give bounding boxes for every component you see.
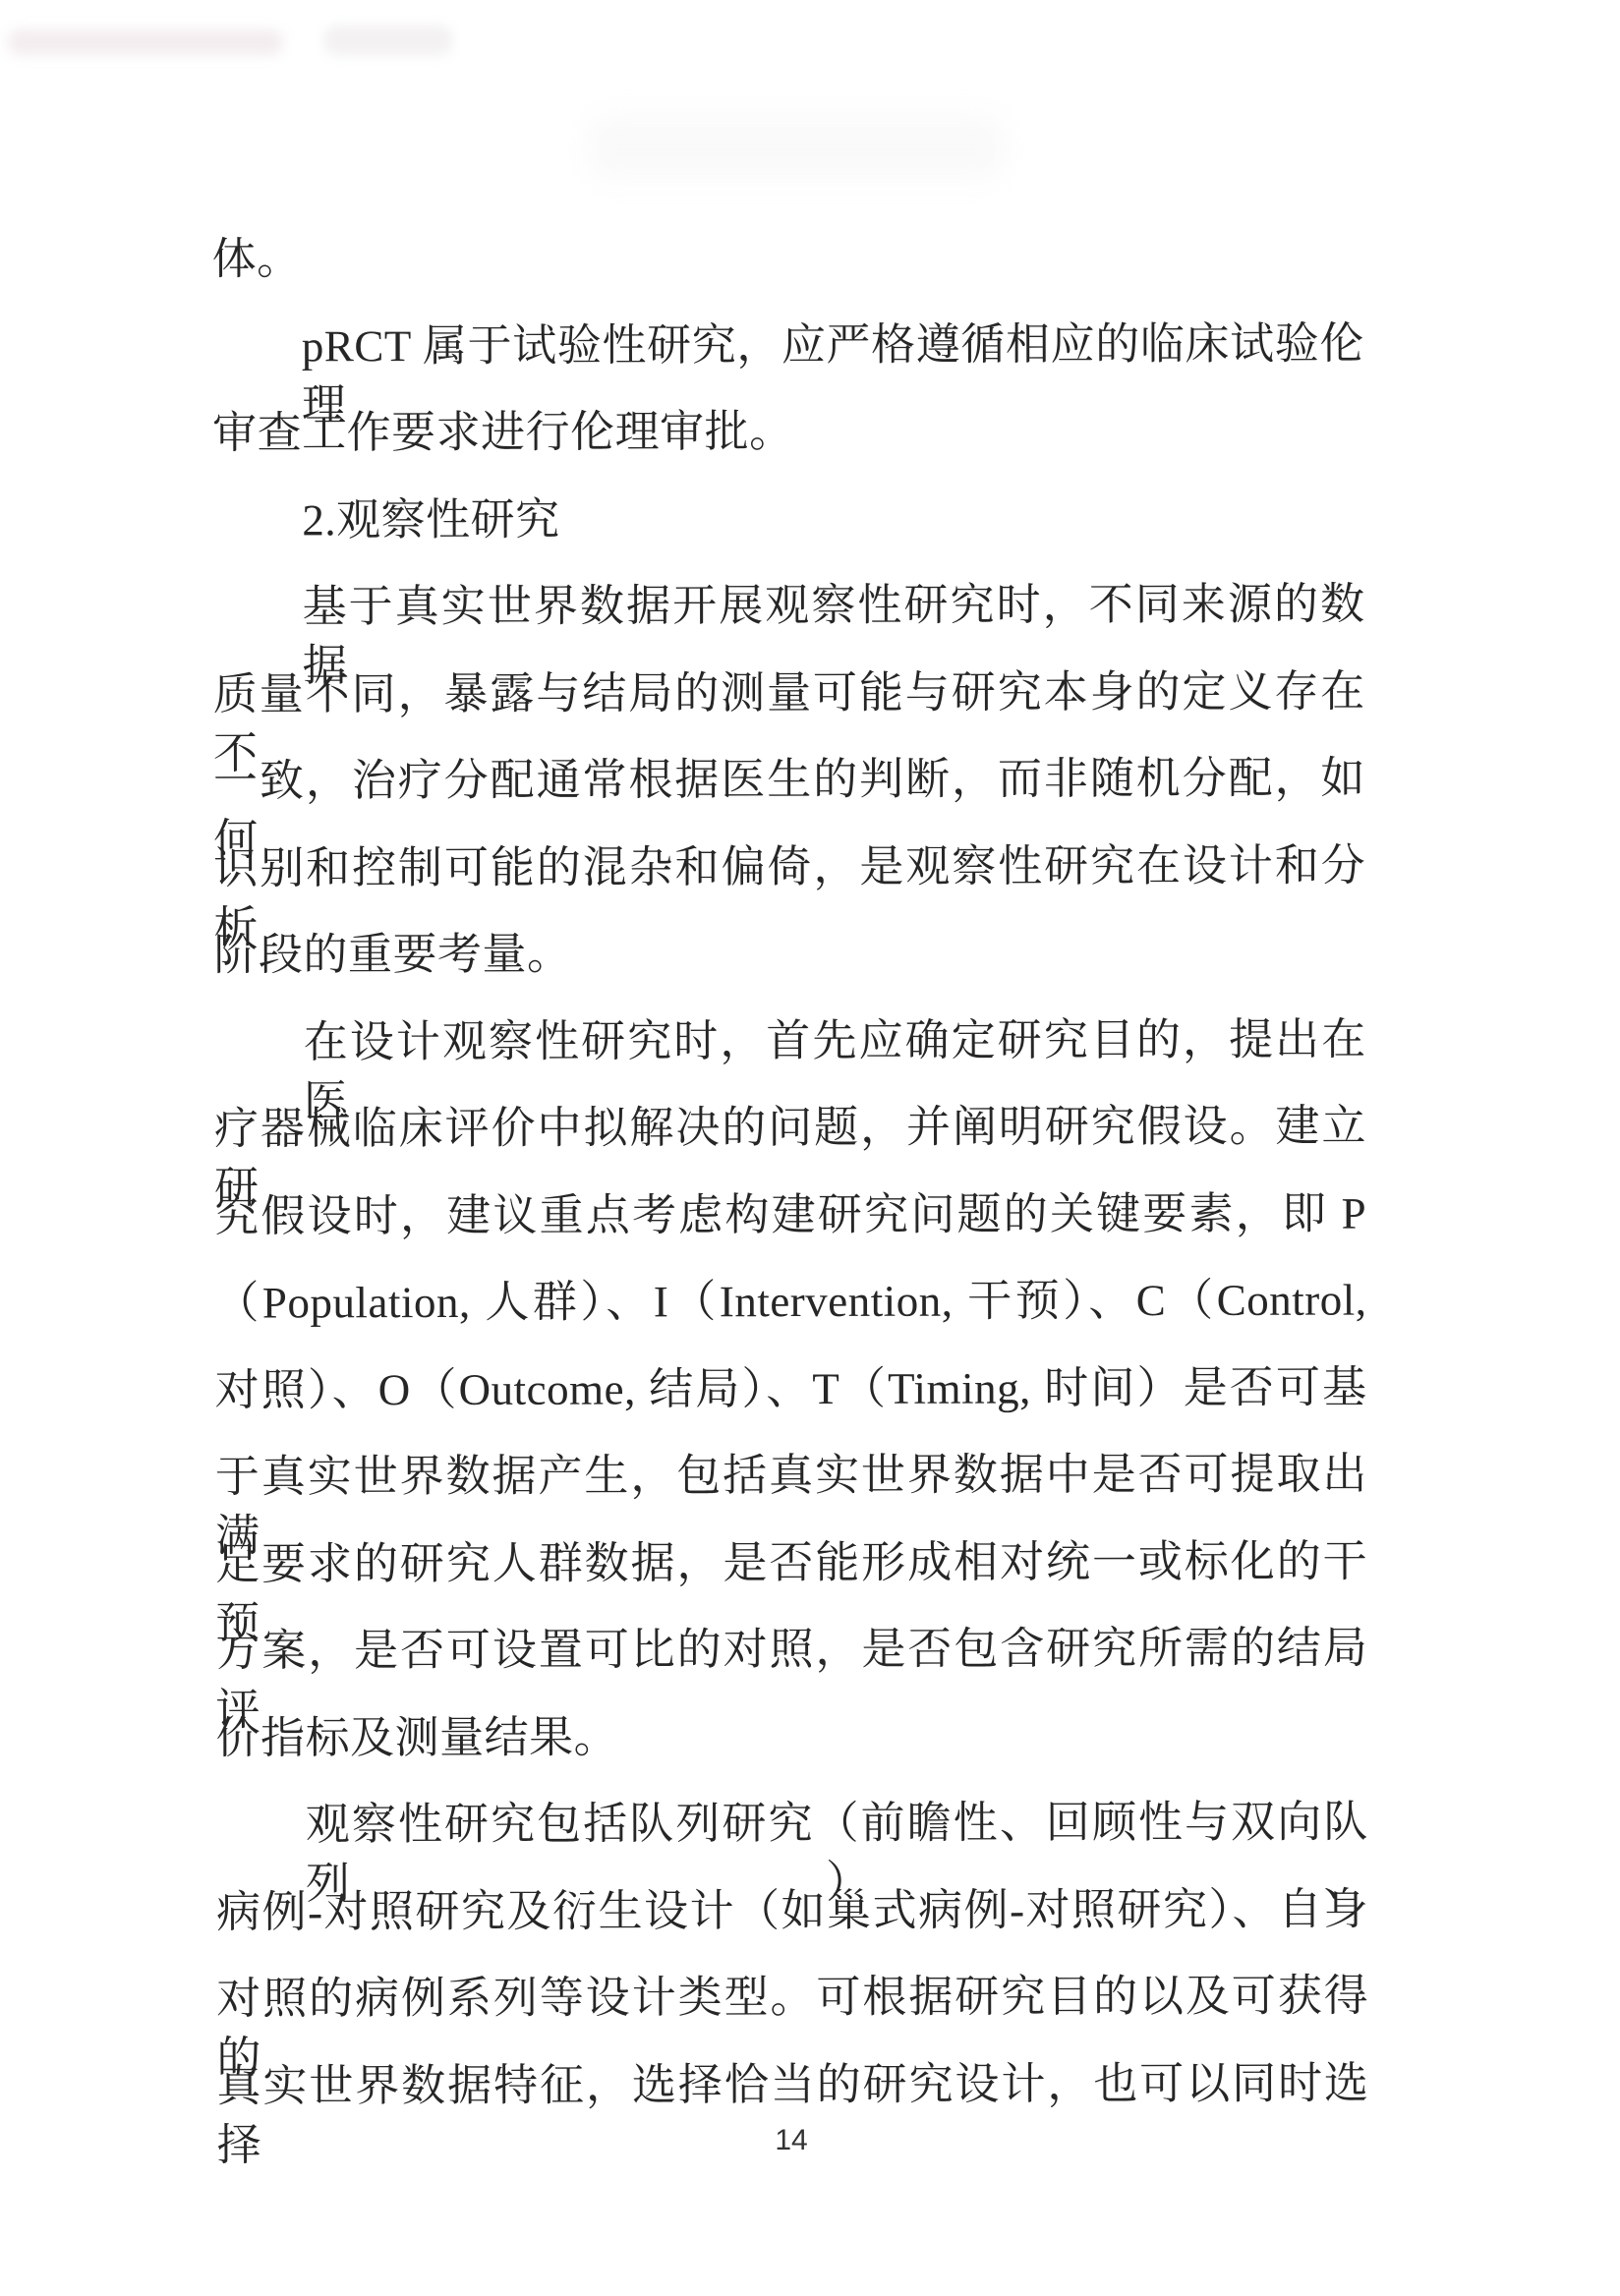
document-page: 体。 pRCT 属于试验性研究，应严格遵循相应的临床试验伦理 审查工作要求进行伦… bbox=[0, 0, 1620, 2296]
text-line: 究假设时，建议重点考虑构建研究问题的关键要素，即 P bbox=[214, 1184, 1366, 1246]
text-line: 疗器械临床评价中拟解决的问题，并阐明研究假设。建立研 bbox=[214, 1097, 1366, 1159]
text-line: 对照的病例系列等设计类型。可根据研究目的以及可获得的 bbox=[216, 1967, 1368, 2029]
text-line: 真实世界数据特征，选择恰当的研究设计，也可以同时选择 bbox=[216, 2054, 1368, 2116]
text-line: 于真实世界数据产生，包括真实世界数据中是否可提取出满 bbox=[215, 1445, 1367, 1507]
text-line: 审查工作要求进行伦理审批。 bbox=[212, 401, 1364, 463]
text-line: 在设计观察性研究时，首先应确定研究目的，提出在医 bbox=[214, 1010, 1366, 1072]
text-line-picot: （Population, 人群）、I（Intervention, 干预）、C（C… bbox=[214, 1271, 1366, 1333]
text-line: 体。 bbox=[212, 227, 1364, 289]
text-block: 体。 pRCT 属于试验性研究，应严格遵循相应的临床试验伦理 审查工作要求进行伦… bbox=[0, 0, 1620, 2296]
text-line: 阶段的重要考量。 bbox=[213, 923, 1365, 985]
text-line: 方案，是否可设置可比的对照，是否包含研究所需的结局评 bbox=[215, 1619, 1367, 1681]
text-line: 价指标及测量结果。 bbox=[215, 1706, 1367, 1768]
text-line: 基于真实世界数据开展观察性研究时，不同来源的数据 bbox=[212, 575, 1364, 637]
section-heading-2: 2.观察性研究 bbox=[212, 488, 1364, 550]
text-line: 观察性研究包括队列研究（前瞻性、回顾性与双向队列）、 bbox=[216, 1793, 1368, 1855]
text-line-picot: 对照）、O（Outcome, 结局）、T（Timing, 时间）是否可基 bbox=[215, 1358, 1367, 1420]
text-line: pRCT 属于试验性研究，应严格遵循相应的临床试验伦理 bbox=[212, 315, 1364, 376]
text-line: 病例-对照研究及衍生设计（如巢式病例-对照研究）、自身 bbox=[216, 1880, 1368, 1942]
text-line: 足要求的研究人群数据，是否能形成相对统一或标化的干预 bbox=[215, 1532, 1367, 1594]
text-line: 识别和控制可能的混杂和偏倚，是观察性研究在设计和分析 bbox=[213, 836, 1365, 898]
text-line: 一致，治疗分配通常根据医生的判断，而非随机分配，如何 bbox=[213, 749, 1365, 811]
page-number: 14 bbox=[0, 2121, 1601, 2160]
text-line: 质量不同，暴露与结局的测量可能与研究本身的定义存在不 bbox=[213, 662, 1365, 724]
